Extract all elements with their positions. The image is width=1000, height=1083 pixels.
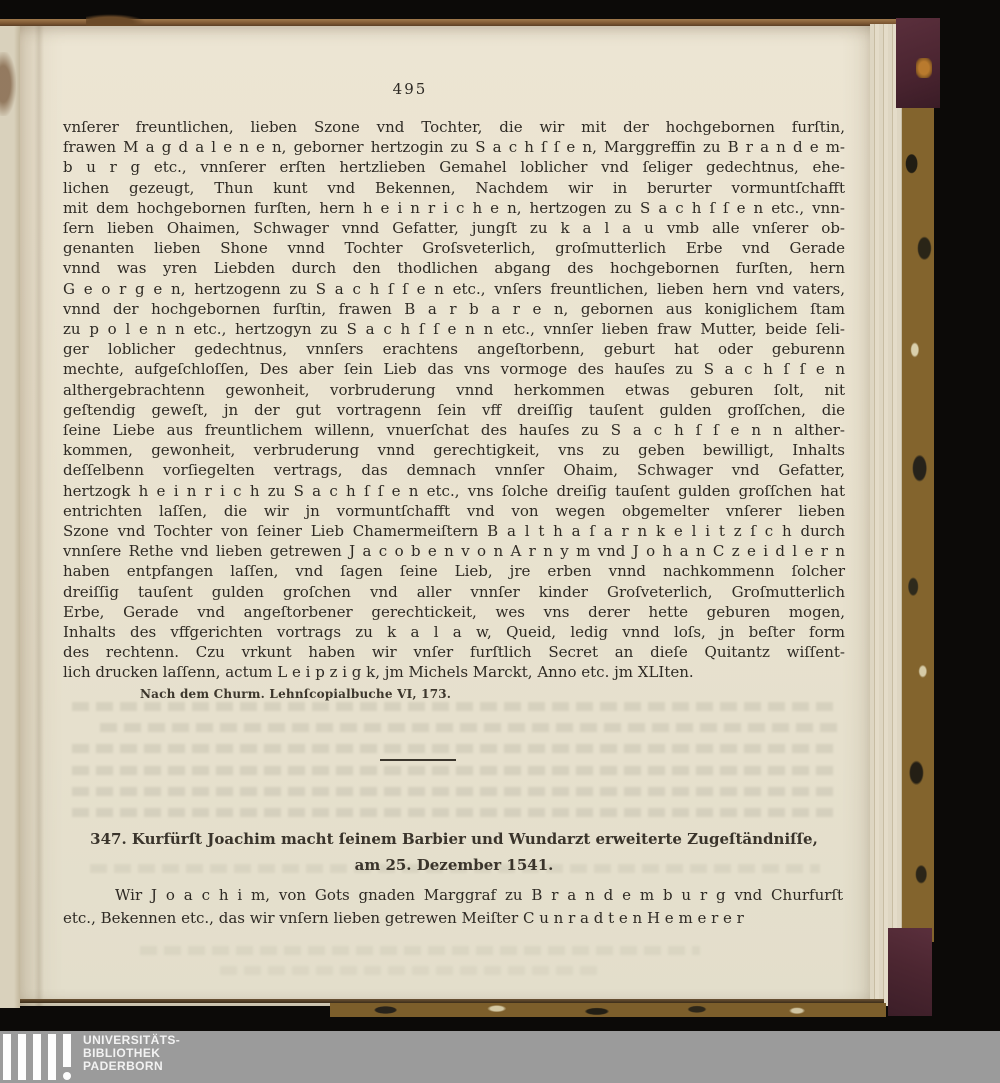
section-paragraph: Wir J o a c h i m, von Gots gnaden Margg…	[63, 884, 843, 929]
bleedthrough-line	[72, 744, 838, 753]
page-edges-stack	[870, 24, 902, 1006]
text-line: ſeine Liebe aus freuntlichem willenn, vn…	[63, 420, 845, 440]
document-paragraph: vnſerer freuntlichen, lieben Szone vnd T…	[63, 117, 845, 683]
left-edge-smudge	[0, 52, 16, 116]
logo-bar-icon	[18, 1034, 26, 1080]
text-line: des rechtenn. Czu vrkunt haben wir vnſer…	[63, 642, 845, 662]
logo-bar-icon	[48, 1034, 56, 1080]
text-line: vnnſere Rethe vnd lieben getrewen J a c …	[63, 541, 845, 561]
library-logo-text: UNIVERSITÄTS- BIBLIOTHEK PADERBORN	[83, 1034, 180, 1073]
text-line: Wir J o a c h i m, von Gots gnaden Margg…	[63, 884, 843, 907]
text-line: G e o r g e n, hertzogenn zu S a c h ſ ſ…	[63, 279, 845, 299]
bleedthrough-line	[72, 787, 838, 796]
logo-bar-icon	[33, 1034, 41, 1080]
marbled-bottom-strip	[330, 1003, 886, 1017]
section-heading-line1: 347. Kurfürſt Joachim macht ſeinem Barbi…	[63, 826, 845, 852]
left-page-edge	[0, 26, 20, 1008]
text-line: b u r g etc., vnnſerer erſten hertzliebe…	[63, 157, 845, 177]
section-heading-line2: am 25. Dezember 1541.	[63, 852, 845, 878]
bleedthrough-line	[72, 766, 838, 775]
text-line: dreiſſig tauſent gulden groſchen vnd all…	[63, 582, 845, 602]
text-line: lichen gezeugt, Thun kunt vnd Bekennen, …	[63, 178, 845, 198]
watermark-bar: UNIVERSITÄTS- BIBLIOTHEK PADERBORN	[0, 1031, 1000, 1083]
marbled-cover-strip	[902, 96, 934, 942]
text-line: mit dem hochgebornen furſten, hern h e i…	[63, 198, 845, 218]
bleedthrough-line	[220, 966, 600, 975]
text-line: genanten lieben Shone vnnd Tochter Groſs…	[63, 238, 845, 258]
text-line: entrichten laſſen, die wir jn vormuntſch…	[63, 501, 845, 521]
text-line: hertzogk h e i n r i c h zu S a c h ſ ſ …	[63, 481, 845, 501]
text-line: zu p o l e n n etc., hertzogyn zu S a c …	[63, 319, 845, 339]
text-line: geſtendig geweſt, jn der gut vortragenn …	[63, 400, 845, 420]
source-note: Nach dem Churm. Lehnſcopialbuche VI, 173…	[140, 687, 451, 701]
gutter-fold-shadow	[34, 26, 44, 1006]
leather-tear-spot	[916, 58, 932, 78]
bleedthrough-line	[140, 946, 700, 955]
logo-exclamation-bar-icon	[63, 1034, 71, 1067]
section-heading: 347. Kurfürſt Joachim macht ſeinem Barbi…	[63, 826, 845, 878]
text-line: vnſerer freuntlichen, lieben Szone vnd T…	[63, 117, 845, 137]
bleedthrough-line	[72, 702, 838, 711]
page-number: 495	[63, 80, 757, 98]
text-line: Inhalts des vffgerichten vortrags zu k a…	[63, 622, 845, 642]
text-line: lich drucken laſſenn, actum L e i p z i …	[63, 662, 845, 682]
book-scan-photo: 495 vnſerer freuntlichen, lieben Szone v…	[0, 0, 1000, 1083]
text-line: Erbe, Gerade vnd angeſtorbener gerechtic…	[63, 602, 845, 622]
text-line: Szone vnd Tochter von ſeiner Lieb Chamer…	[63, 521, 845, 541]
text-line: mechte, aufgeſchloſſen, Des aber ſein Li…	[63, 359, 845, 379]
text-line: kommen, gewonheit, verbruderung vnnd ger…	[63, 440, 845, 460]
text-line: althergebrachtenn gewonheit, vorbruderun…	[63, 380, 845, 400]
bleedthrough-line	[72, 808, 838, 817]
logo-exclamation-dot-icon	[63, 1072, 71, 1080]
bleedthrough-line	[100, 723, 838, 732]
text-line: etc., Bekennen etc., das wir vnſern lieb…	[63, 907, 843, 930]
text-line: ger loblicher gedechtnus, vnnſers eracht…	[63, 339, 845, 359]
logo-bar-icon	[3, 1034, 11, 1080]
text-line: ſern lieben Ohaimen, Schwager vnnd Gefat…	[63, 218, 845, 238]
leather-corner-bottom	[888, 928, 932, 1016]
text-line: vnnd der hochgebornen furſtin, frawen B …	[63, 299, 845, 319]
logo-text-line3: PADERBORN	[83, 1060, 180, 1073]
text-line: haben entpfangen laſſen, vnd ſagen ſeine…	[63, 561, 845, 581]
text-line: deſſelbenn vorſiegelten vertrags, das de…	[63, 460, 845, 480]
text-line: frawen M a g d a l e n e n, geborner her…	[63, 137, 845, 157]
text-line: vnnd was yren Liebden durch den thodlich…	[63, 258, 845, 278]
section-divider-rule	[380, 759, 456, 761]
